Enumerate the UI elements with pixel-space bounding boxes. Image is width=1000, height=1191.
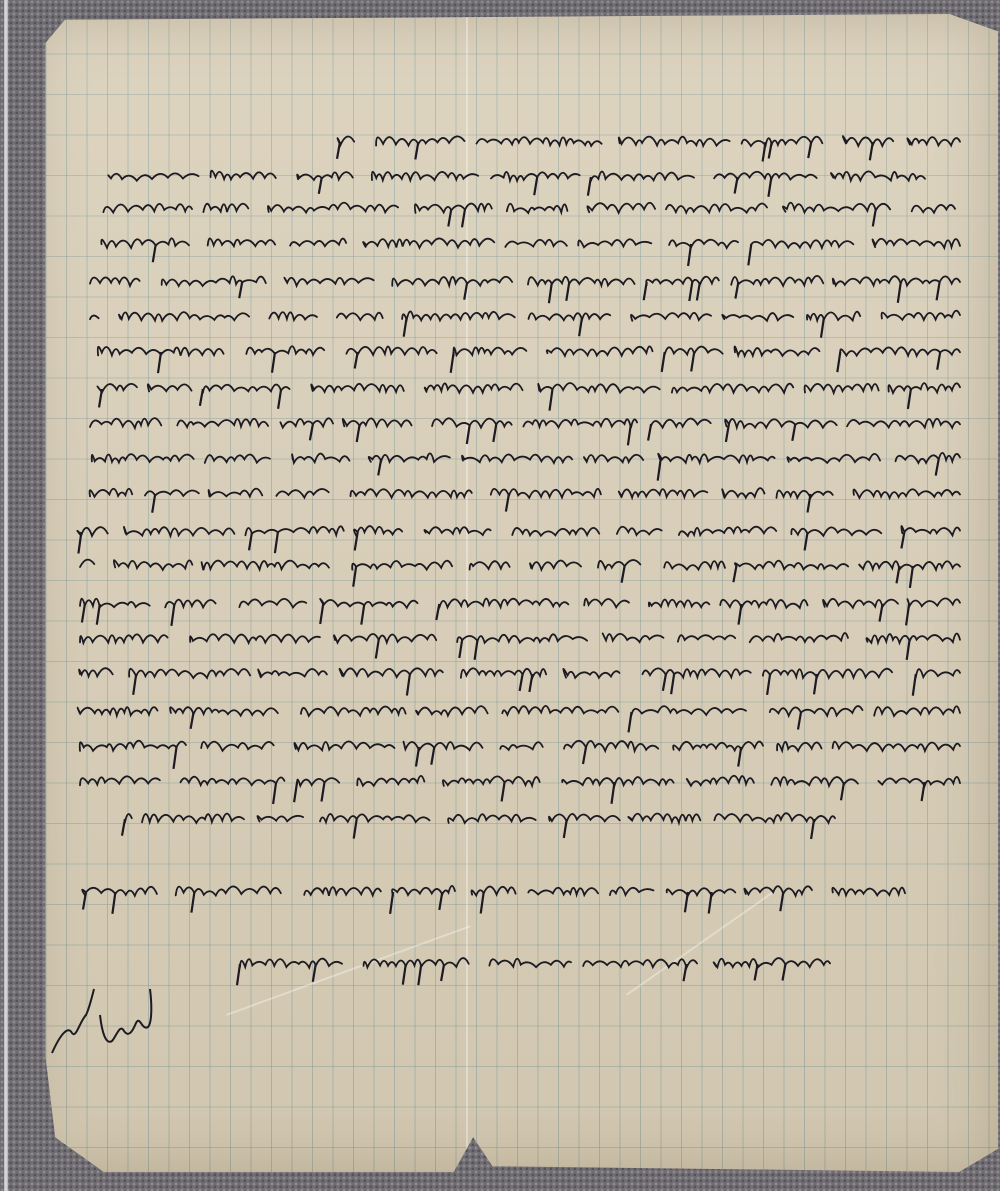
- handwritten-line: [70, 625, 960, 651]
- plastic-sleeve-edge: [4, 0, 8, 1191]
- handwritten-line: [70, 518, 960, 544]
- handwritten-line: [80, 268, 960, 294]
- handwritten-line: [230, 950, 830, 976]
- handwritten-line: [70, 733, 960, 759]
- signature: [50, 975, 160, 1055]
- handwritten-line: [70, 552, 960, 578]
- handwritten-line: [90, 375, 960, 401]
- handwritten-line: [80, 410, 960, 436]
- handwritten-line: [70, 698, 960, 724]
- handwritten-line: [80, 338, 960, 364]
- handwritten-line: [115, 805, 835, 831]
- handwritten-line: [70, 590, 960, 616]
- handwritten-line: [80, 303, 960, 329]
- paper-crease: [626, 891, 775, 996]
- handwritten-line: [80, 195, 955, 221]
- handwritten-line: [70, 768, 960, 794]
- handwritten-line: [75, 878, 905, 904]
- handwritten-line: [80, 480, 960, 506]
- handwritten-line: [100, 163, 925, 189]
- handwritten-line: [80, 445, 960, 471]
- handwritten-line: [70, 660, 960, 686]
- handwritten-line: [80, 230, 960, 256]
- handwritten-line: [330, 128, 960, 154]
